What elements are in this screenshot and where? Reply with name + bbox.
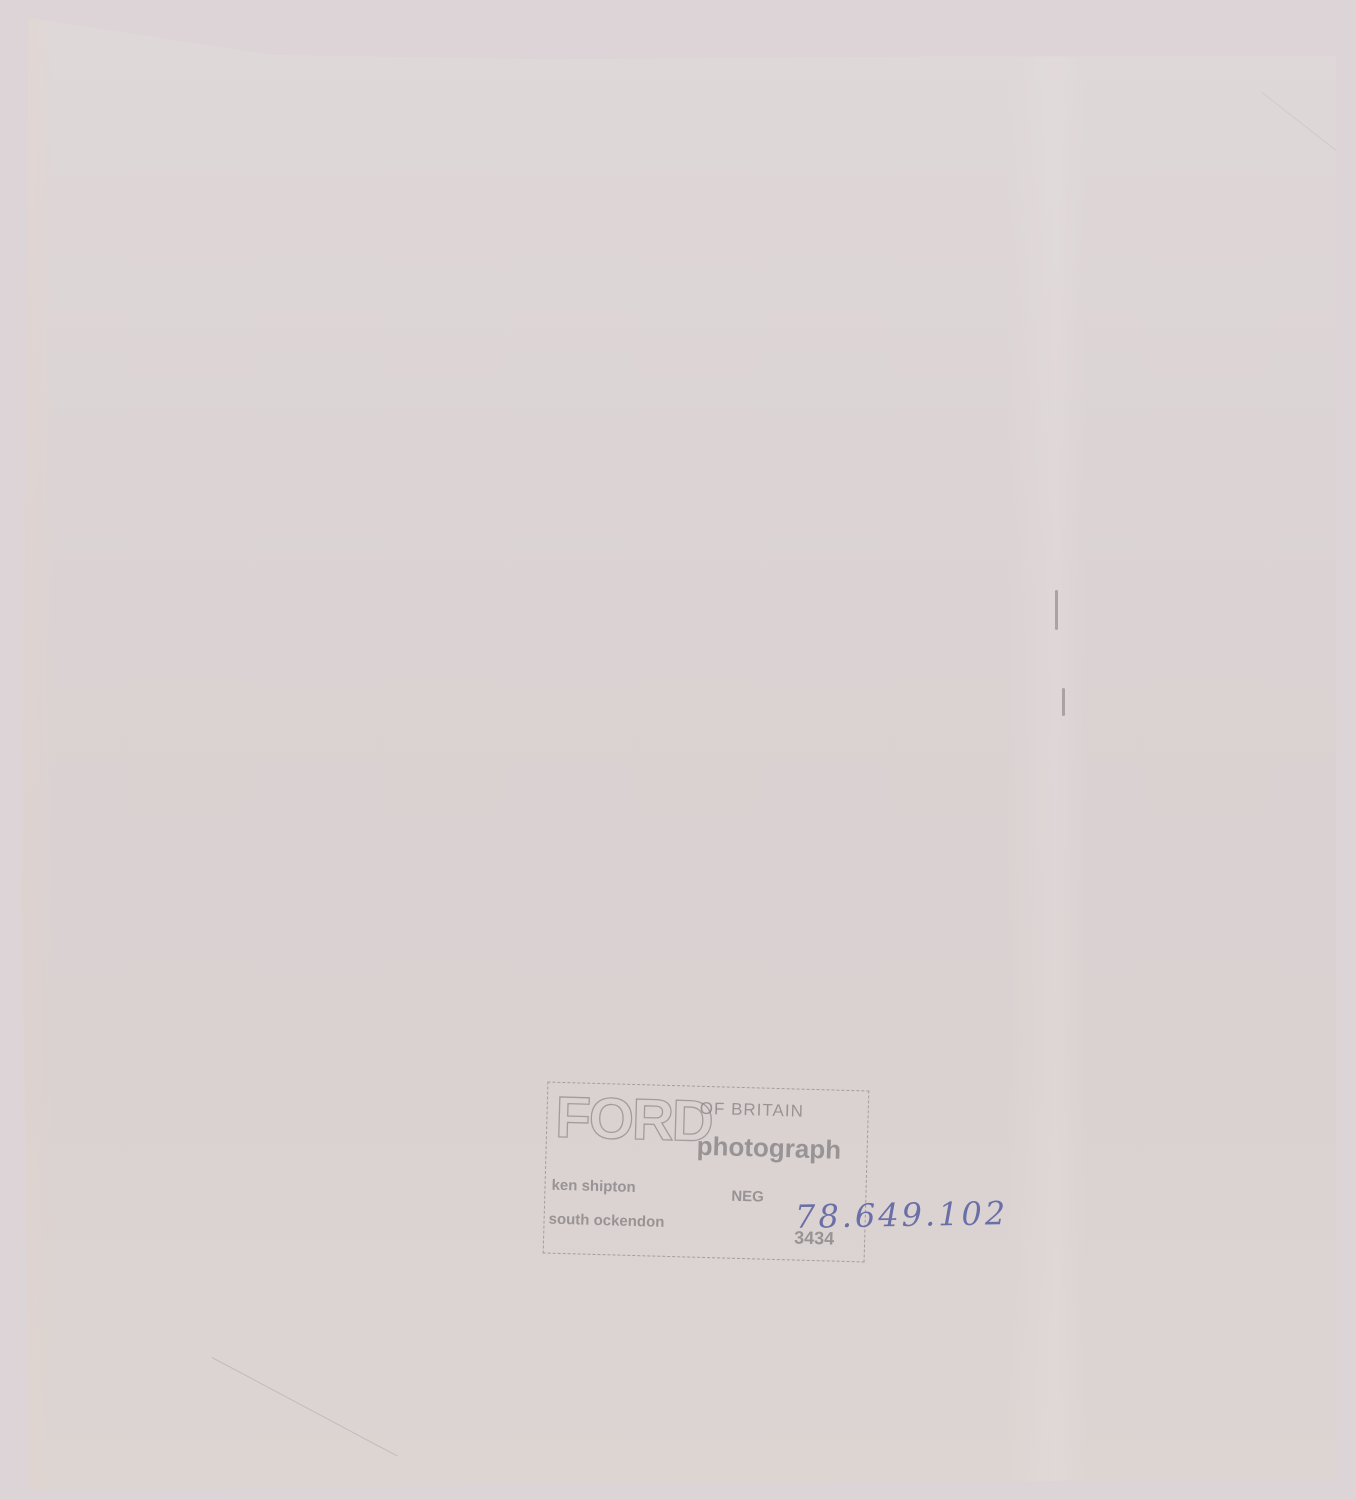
stamp-location: south ockendon [548,1211,664,1231]
stamp-kind: photograph [696,1131,841,1166]
stamp-neg-label: NEG [731,1188,764,1206]
photo-print-back [22,12,1336,1490]
handwritten-negative-number: 78.649.102 [795,1194,1009,1236]
stamp-brand: FORD [555,1089,713,1151]
stamp-photographer: ken shipton [551,1177,636,1196]
scuff-mark [1062,688,1065,716]
scuff-mark [1055,590,1058,630]
paper-crease [212,1357,398,1456]
paper-crease [1262,92,1349,161]
stamp-subtitle: OF BRITAIN [699,1099,804,1122]
